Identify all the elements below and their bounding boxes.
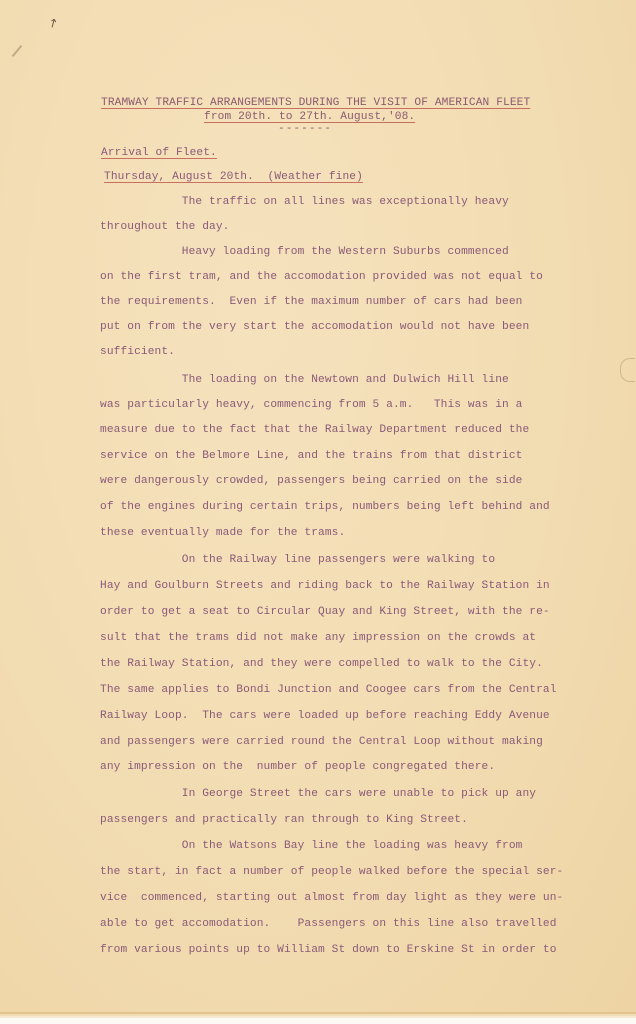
body-line: from various points up to William St dow… [100,943,557,957]
body-line: the Railway Station, and they were compe… [100,657,543,671]
paper-scratch-mark [12,45,23,57]
body-line: the start, in fact a number of people wa… [100,865,563,879]
title-rule: ------- [278,122,332,136]
body-line: Heavy loading from the Western Suburbs c… [100,245,509,259]
body-line: The loading on the Newtown and Dulwich H… [100,373,509,387]
body-line: vice commenced, starting out almost from… [100,891,563,905]
body-line: and passengers were carried round the Ce… [100,735,543,749]
day-heading: Thursday, August 20th. (Weather fine) [104,170,363,184]
body-line: Railway Loop. The cars were loaded up be… [100,709,550,723]
body-line: order to get a seat to Circular Quay and… [100,605,550,619]
ink-blot-mark: ↗ [45,14,61,31]
paper-edge-tear [620,358,635,382]
body-line: In George Street the cars were unable to… [100,787,536,801]
body-line: any impression on the number of people c… [100,760,495,774]
body-line: were dangerously crowded, passengers bei… [100,474,522,488]
body-line: these eventually made for the trams. [100,526,345,540]
body-line: The traffic on all lines was exceptional… [100,195,509,209]
body-line: able to get accomodation. Passengers on … [100,917,557,931]
body-line: Hay and Goulburn Streets and riding back… [100,579,550,593]
body-line: put on from the very start the accomodat… [100,320,529,334]
section-heading: Arrival of Fleet. [101,146,217,160]
body-line: service on the Belmore Line, and the tra… [100,449,522,463]
body-line: On the Railway line passengers were walk… [100,553,495,567]
body-line: was particularly heavy, commencing from … [100,398,522,412]
document-page: ↗ TRAMWAY TRAFFIC ARRANGEMENTS DURING TH… [0,0,636,1014]
body-line: the requirements. Even if the maximum nu… [100,295,522,309]
body-line: on the first tram, and the accomodation … [100,270,543,284]
document-title: TRAMWAY TRAFFIC ARRANGEMENTS DURING THE … [101,96,530,110]
body-line: On the Watsons Bay line the loading was … [100,839,522,853]
body-line: sult that the trams did not make any imp… [100,631,536,645]
body-line: throughout the day. [100,220,229,234]
body-line: sufficient. [100,345,175,359]
body-line: of the engines during certain trips, num… [100,500,550,514]
body-line: The same applies to Bondi Junction and C… [100,683,557,697]
body-line: measure due to the fact that the Railway… [100,423,529,437]
body-line: passengers and practically ran through t… [100,813,468,827]
